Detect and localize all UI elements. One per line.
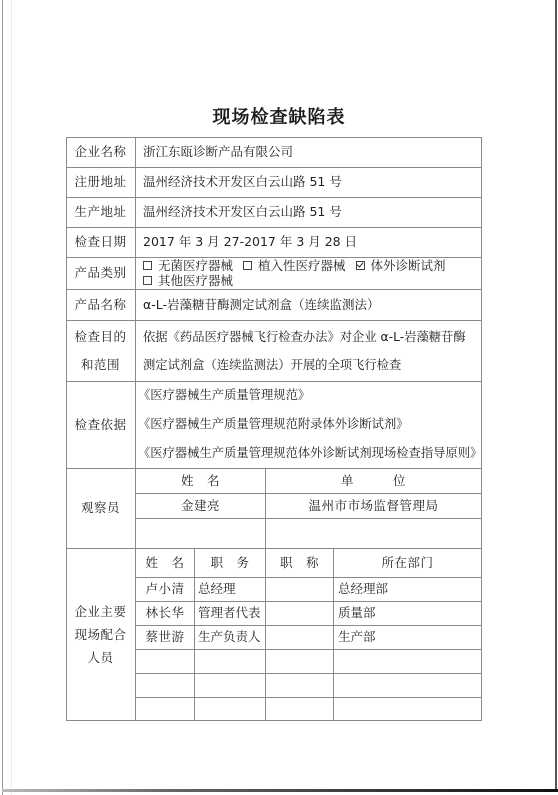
purpose-scope-line1: 依据《药品医疗器械飞行检查办法》对企业 α-L-岩藻糖苷酶 — [143, 323, 466, 351]
staff-title-empty — [266, 649, 333, 673]
staff-department: 总经理部 — [338, 577, 481, 601]
inspection-basis-list: 《医疗器械生产质量管理规范》 《医疗器械生产质量管理规范附录体外诊断试剂》 《医… — [138, 381, 481, 468]
observer-header-unit: 单 位 — [266, 468, 481, 493]
document-title: 现场检查缺陷表 — [0, 103, 558, 129]
staff-department: 质量部 — [338, 601, 481, 625]
staff-name-empty — [136, 649, 194, 673]
staff-duty: 总经理 — [198, 577, 265, 601]
category-options-line1: 无菌医疗器械 植入性医疗器械 体外诊断试剂 — [143, 258, 446, 273]
staff-title-empty — [266, 697, 333, 720]
purpose-scope-label-line1: 检查目的 — [74, 323, 126, 351]
observer-unit: 温州市市场监督管理局 — [266, 493, 481, 518]
production-address-label: 生产地址 — [66, 197, 135, 227]
company-staff-label-line3: 人员 — [87, 646, 113, 669]
option-sterile-label: 无菌医疗器械 — [158, 258, 233, 273]
basis-item: 《医疗器械生产质量管理规范附录体外诊断试剂》 — [138, 410, 409, 439]
purpose-scope-label: 检查目的 和范围 — [66, 320, 135, 381]
checkbox-sterile[interactable] — [143, 261, 152, 270]
staff-duty-empty — [198, 673, 265, 697]
checkbox-implantable[interactable] — [243, 261, 252, 270]
company-staff-label-line1: 企业主要 — [74, 600, 126, 623]
registered-address-label: 注册地址 — [66, 167, 135, 197]
option-other-label: 其他医疗器械 — [158, 273, 233, 288]
purpose-scope-value: 依据《药品医疗器械飞行检查办法》对企业 α-L-岩藻糖苷酶 测定试剂盒（连续监测… — [136, 320, 481, 381]
observer-label: 观察员 — [66, 468, 135, 548]
production-address-value: 温州经济技术开发区白云山路 51 号 — [136, 197, 481, 227]
staff-duty-empty — [198, 649, 265, 673]
company-name-value: 浙江东瓯诊断产品有限公司 — [136, 137, 481, 167]
inspection-date-label: 检查日期 — [66, 227, 135, 257]
staff-name: 卢小清 — [136, 577, 194, 601]
staff-department: 生产部 — [338, 625, 481, 649]
table-border-bottom — [66, 720, 482, 721]
purpose-scope-label-line2: 和范围 — [81, 351, 120, 379]
option-implantable-label: 植入性医疗器械 — [258, 258, 346, 273]
staff-name-empty — [136, 673, 194, 697]
observer-unit-empty — [266, 518, 481, 548]
option-ivd-label: 体外诊断试剂 — [371, 258, 446, 273]
staff-title — [266, 625, 333, 649]
scan-edge-bottom — [2, 789, 558, 792]
company-name-label: 企业名称 — [66, 137, 135, 167]
staff-duty: 管理者代表 — [198, 601, 265, 625]
company-staff-label: 企业主要 现场配合 人员 — [66, 548, 135, 720]
staff-title — [266, 577, 333, 601]
observer-name-empty — [136, 518, 265, 548]
staff-name-empty — [136, 697, 194, 720]
staff-name: 蔡世游 — [136, 625, 194, 649]
staff-title — [266, 601, 333, 625]
staff-name: 林长华 — [136, 601, 194, 625]
basis-item: 《医疗器械生产质量管理规范》 — [138, 381, 310, 410]
checkbox-other[interactable] — [143, 276, 152, 285]
staff-department-empty — [338, 697, 481, 720]
product-name-value: α-L-岩藻糖苷酶测定试剂盒（连续监测法） — [136, 289, 481, 320]
checkbox-ivd-checked[interactable] — [356, 261, 365, 270]
staff-header-name: 姓 名 — [136, 548, 194, 577]
inspection-basis-label: 检查依据 — [66, 381, 135, 468]
observer-header-name: 姓 名 — [136, 468, 265, 493]
staff-department-empty — [338, 649, 481, 673]
product-category-options: 无菌医疗器械 植入性医疗器械 体外诊断试剂 其他医疗器械 — [136, 257, 481, 289]
product-category-label: 产品类别 — [66, 257, 135, 289]
table-border-right — [481, 137, 482, 721]
staff-duty: 生产负责人 — [198, 625, 265, 649]
staff-title-empty — [266, 673, 333, 697]
staff-duty-empty — [198, 697, 265, 720]
product-name-label: 产品名称 — [66, 289, 135, 320]
registered-address-value: 温州经济技术开发区白云山路 51 号 — [136, 167, 481, 197]
staff-header-duty: 职 务 — [195, 548, 265, 577]
staff-header-department: 所在部门 — [334, 548, 481, 577]
company-staff-label-line2: 现场配合 — [74, 623, 126, 646]
basis-item: 《医疗器械生产质量管理规范体外诊断试剂现场检查指导原则》 — [138, 439, 482, 468]
staff-department-empty — [338, 673, 481, 697]
staff-header-title: 职 称 — [266, 548, 333, 577]
category-options-line2: 其他医疗器械 — [143, 273, 233, 288]
inspection-date-value: 2017 年 3 月 27-2017 年 3 月 28 日 — [136, 227, 481, 257]
observer-name: 金建亮 — [136, 493, 265, 518]
purpose-scope-line2: 测定试剂盒（连续监测法）开展的全项飞行检查 — [143, 351, 401, 379]
